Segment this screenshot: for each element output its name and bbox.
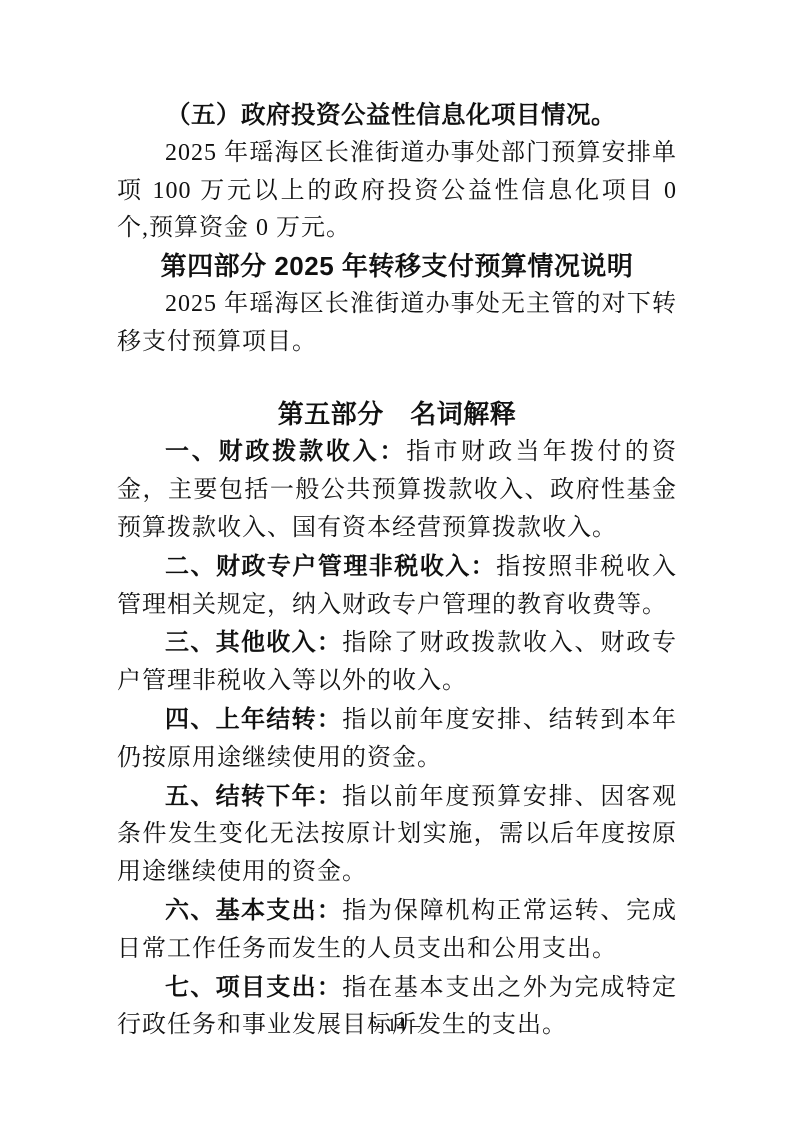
term-1-label: 一、财政拨款收入： xyxy=(165,438,406,465)
part-4-heading: 第四部分 2025 年转移支付预算情况说明 xyxy=(117,248,677,286)
section-5-heading: （五）政府投资公益性信息化项目情况。 xyxy=(117,97,677,135)
page-number: – 14 – xyxy=(0,1012,793,1040)
document-page: （五）政府投资公益性信息化项目情况。 2025 年瑶海区长淮街道办事处部门预算安… xyxy=(0,0,793,1122)
document-content: （五）政府投资公益性信息化项目情况。 2025 年瑶海区长淮街道办事处部门预算安… xyxy=(117,97,677,1045)
part-5-heading: 第五部分 名词解释 xyxy=(117,396,677,434)
term-definition-4: 四、上年结转：指以前年度安排、结转到本年仍按原用途继续使用的资金。 xyxy=(117,701,677,778)
term-definition-2: 二、财政专户管理非税收入：指按照非税收入管理相关规定，纳入财政专户管理的教育收费… xyxy=(117,548,677,625)
term-7-label: 七、项目支出： xyxy=(165,974,342,1001)
term-definition-6: 六、基本支出：指为保障机构正常运转、完成日常工作任务而发生的人员支出和公用支出。 xyxy=(117,892,677,969)
part-4-paragraph: 2025 年瑶海区长淮街道办事处无主管的对下转移支付预算项目。 xyxy=(117,286,677,362)
term-4-label: 四、上年结转： xyxy=(165,706,342,733)
term-definition-5: 五、结转下年：指以前年度预算安排、因客观条件发生变化无法按原计划实施，需以后年度… xyxy=(117,778,677,892)
term-definition-1: 一、财政拨款收入：指市财政当年拨付的资金，主要包括一般公共预算拨款收入、政府性基… xyxy=(117,433,677,547)
term-2-label: 二、财政专户管理非税收入： xyxy=(165,553,496,580)
term-5-label: 五、结转下年： xyxy=(165,783,342,810)
term-6-label: 六、基本支出： xyxy=(165,897,342,924)
term-3-label: 三、其他收入： xyxy=(165,629,342,656)
section-5-paragraph: 2025 年瑶海区长淮街道办事处部门预算安排单项 100 万元以上的政府投资公益… xyxy=(117,135,677,248)
term-definition-3: 三、其他收入：指除了财政拨款收入、财政专户管理非税收入等以外的收入。 xyxy=(117,624,677,701)
